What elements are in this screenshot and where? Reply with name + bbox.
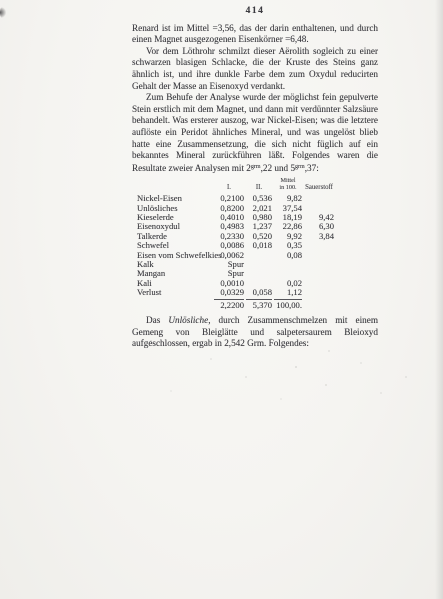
paragraph-analyse: Zum Behufe der Analyse wurde der möglich… xyxy=(132,92,378,174)
paragraph-unloesliche: Das Unlösliche, durch Zusammenschmelzen … xyxy=(132,315,378,350)
total-mittel: 100,00. xyxy=(274,299,302,310)
table-row: Kalk Spur xyxy=(132,260,378,269)
scan-smudge-top-left xyxy=(0,7,6,18)
paragraph-analyse-text: Zum Behufe der Analyse wurde der möglich… xyxy=(132,92,378,173)
table-row: Mangan Spur xyxy=(132,269,378,278)
row-label: Verlust xyxy=(137,288,212,297)
scan-edge-shadow xyxy=(435,0,443,599)
table-total-row: 2,2200 5,370 100,00. xyxy=(132,299,378,310)
paragraph-unloesliche-start: Das xyxy=(146,315,168,325)
paragraph-renard-mittel: Renard ist im Mittel =3,56, das der dari… xyxy=(132,23,378,46)
cell-II: 0,058 xyxy=(246,288,272,297)
analysis-table: I. II. Mittel in 100. Sauerstoff Nickel-… xyxy=(132,178,378,310)
table-row: Eisen vom Schwefelkies 0,0062 0,08 xyxy=(132,251,378,260)
total-II: 5,370 xyxy=(246,299,272,310)
cell-II: 0,018 xyxy=(246,241,272,250)
gram-superscript: grm xyxy=(295,164,305,170)
header-col-I: I. xyxy=(214,184,244,191)
total-I: 2,2200 xyxy=(214,299,244,310)
paragraph-loethrohr: Vor dem Löthrohr schmilzt dieser Aërolit… xyxy=(132,46,378,92)
scanned-book-page: 414 Renard ist im Mittel =3,56, das der … xyxy=(0,0,443,599)
unloesliche-italic: Unlösliche xyxy=(168,315,208,325)
text-column: 414 Renard ist im Mittel =3,56, das der … xyxy=(132,6,378,350)
header-col-sauerstoff: Sauerstoff xyxy=(304,184,334,191)
page-number: 414 xyxy=(132,6,378,18)
cell-sauerstoff: 3,84 xyxy=(304,232,334,241)
gram-superscript: grm xyxy=(251,164,261,170)
table-row: Verlust 0,0329 0,058 1,12 xyxy=(132,288,378,297)
paragraph-analyse-tail: ,37: xyxy=(305,163,319,173)
paragraph-analyse-mid: ,22 und 5 xyxy=(261,163,295,173)
cell-mittel: 0,08 xyxy=(274,251,302,260)
header-col-mittel: Mittel in 100. xyxy=(274,178,302,191)
cell-mittel: 1,12 xyxy=(274,288,302,297)
table-header-row: I. II. Mittel in 100. Sauerstoff xyxy=(132,178,378,191)
header-col-II: II. xyxy=(246,184,272,191)
header-mittel-line2: in 100. xyxy=(279,184,296,191)
cell-I: 0,0329 xyxy=(214,288,244,297)
